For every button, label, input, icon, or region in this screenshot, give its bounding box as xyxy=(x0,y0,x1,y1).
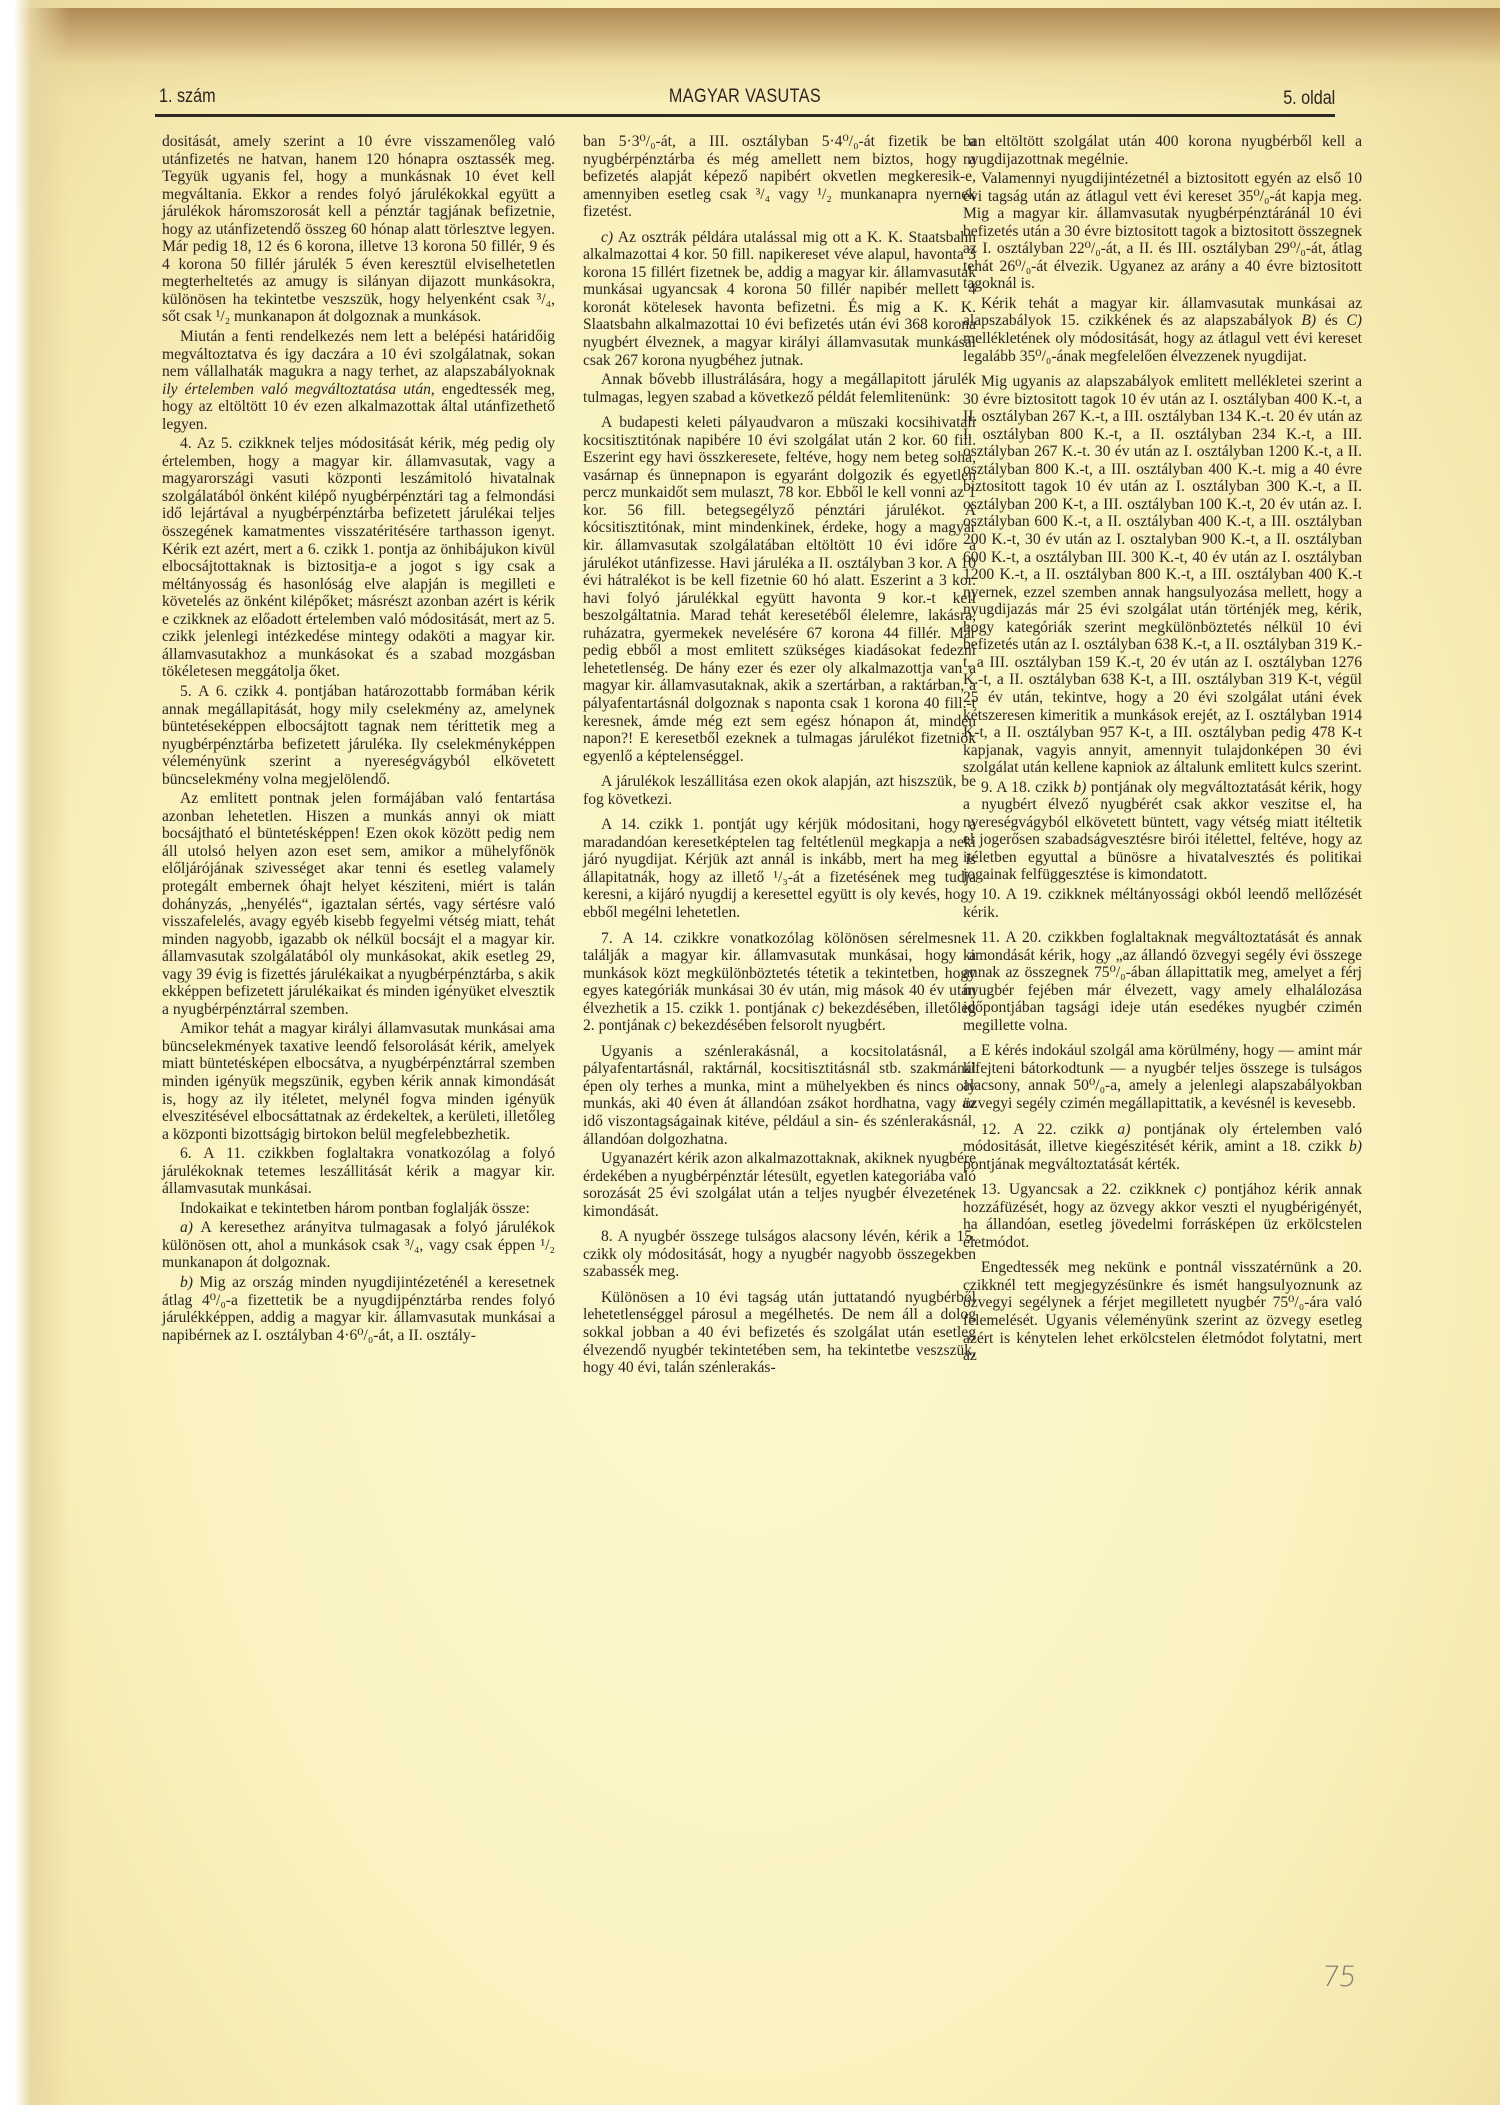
text-column-2: ban 5·3⁰/₀-át, a III. osztályban 5·4⁰/₀-… xyxy=(583,133,976,1379)
paragraph: 7. A 14. czikkre vonatkozólag kölönösen … xyxy=(583,930,976,1035)
paragraph: A 14. czikk 1. pontját ugy kérjük módosi… xyxy=(583,816,976,921)
paragraph: Amikor tehát a magyar királyi államvasut… xyxy=(162,1020,555,1143)
handwritten-page-note: 75 xyxy=(1320,1960,1358,1993)
paragraph: 9. A 18. czikk b) pontjának oly megválto… xyxy=(963,779,1362,884)
paragraph: 10. A 19. czikknek méltányossági okból l… xyxy=(963,886,1362,921)
italic-run: B) xyxy=(1301,312,1316,329)
italic-run: b) xyxy=(1349,1138,1362,1155)
paragraph: Ugyanazért kérik azon alkalmazottaknak, … xyxy=(583,1150,976,1220)
paragraph: Valamennyi nyugdijintézetnél a biztosito… xyxy=(963,170,1362,293)
italic-run: C) xyxy=(1346,312,1362,329)
text-column-3: ban eltöltött szolgálat után 400 korona … xyxy=(963,133,1362,1367)
paragraph: b) Mig az ország minden nyugdijintézetén… xyxy=(162,1274,555,1344)
italic-run: a) xyxy=(180,1219,193,1236)
italic-run: c) xyxy=(601,229,613,246)
italic-run: c) xyxy=(812,1000,824,1017)
newspaper-page: 1. szám MAGYAR VASUTAS 5. oldal dositásá… xyxy=(0,0,1500,2105)
paragraph: 12. A 22. czikk a) pontjának oly értelem… xyxy=(963,1121,1362,1174)
paragraph: 8. A nyugbér összege tulságos alacsony l… xyxy=(583,1228,976,1281)
paragraph: A budapesti keleti pályaudvaron a müszak… xyxy=(583,414,976,765)
paragraph: Miután a fenti rendelkezés nem lett a be… xyxy=(162,328,555,433)
italic-run: ily értelemben való megváltoztatása után xyxy=(162,381,431,398)
masthead-title: MAGYAR VASUTAS xyxy=(244,86,1247,108)
torn-edge xyxy=(0,0,70,2105)
header-rule xyxy=(155,114,1335,117)
paragraph: 6. A 11. czikkben foglaltakra vonatkozól… xyxy=(162,1145,555,1198)
paragraph: Különösen a 10 évi tagság után juttatand… xyxy=(583,1289,976,1377)
issue-number: 1. szám xyxy=(159,86,216,108)
paragraph: A járulékok leszállitása ezen okok alapj… xyxy=(583,773,976,808)
paragraph: ban 5·3⁰/₀-át, a III. osztályban 5·4⁰/₀-… xyxy=(583,133,976,221)
page-number: 5. oldal xyxy=(1283,88,1335,110)
paragraph: 5. A 6. czikk 4. pontjában határozottabb… xyxy=(162,683,555,788)
paragraph: 11. A 20. czikkben foglaltaknak megválto… xyxy=(963,929,1362,1034)
italic-run: b) xyxy=(180,1274,193,1291)
paragraph: Kérik tehát a magyar kir. államvasutak m… xyxy=(963,295,1362,365)
paragraph: ban eltöltött szolgálat után 400 korona … xyxy=(963,133,1362,168)
paragraph: 4. Az 5. czikknek teljes módositását kér… xyxy=(162,435,555,681)
paragraph: 13. Ugyancsak a 22. czikknek c) pontjáho… xyxy=(963,1181,1362,1251)
text-column-1: dositását, amely szerint a 10 évre vissz… xyxy=(162,133,555,1346)
paragraph: Mig ugyanis az alapszabályok emlitett me… xyxy=(963,373,1362,777)
paragraph: Annak bővebb illustrálására, hogy a megá… xyxy=(583,371,976,406)
paragraph: Indokaikat e tekintetben három pontban f… xyxy=(162,1200,555,1218)
paragraph: Az emlitett pontnak jelen formájában val… xyxy=(162,790,555,1018)
paragraph: c) Az osztrák példára utalással mig ott … xyxy=(583,229,976,369)
paragraph: a) A keresethez arányitva tulmagasak a f… xyxy=(162,1219,555,1272)
italic-run: c) xyxy=(664,1017,676,1034)
italic-run: b) xyxy=(1073,779,1086,796)
page-header: 1. szám MAGYAR VASUTAS 5. oldal xyxy=(155,86,1335,126)
paragraph: E kérés indokául szolgál ama körülmény, … xyxy=(963,1042,1362,1112)
italic-run: a) xyxy=(1117,1121,1130,1138)
paragraph: Engedtessék meg nekünk e pontnál visszat… xyxy=(963,1259,1362,1364)
paragraph: dositását, amely szerint a 10 évre vissz… xyxy=(162,133,555,326)
paragraph: Ugyanis a szénlerakásnál, a kocsitolatás… xyxy=(583,1043,976,1148)
italic-run: c) xyxy=(1194,1181,1206,1198)
